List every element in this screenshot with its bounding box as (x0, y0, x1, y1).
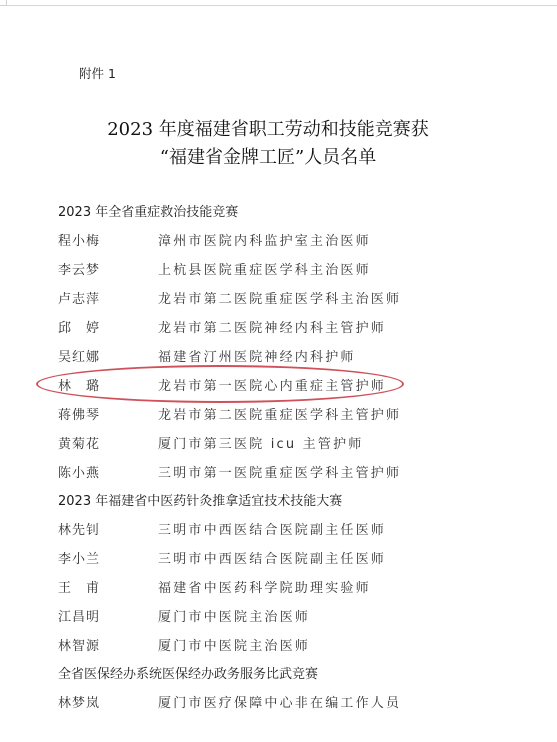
person-organization: 厦门市中医院主治医师 (158, 606, 310, 625)
person-name: 李小兰 (58, 548, 138, 567)
person-name: 程小梅 (58, 230, 138, 249)
person-organization: 三明市中西医结合医院副主任医师 (158, 548, 386, 567)
person-name: 林梦岚 (58, 692, 138, 711)
page-top-edge (6, 5, 557, 6)
person-organization: 龙岩市第二医院重症医学科主管护师 (158, 404, 401, 423)
person-name: 陈小燕 (58, 462, 138, 481)
person-name: 李云梦 (58, 259, 138, 278)
person-organization: 龙岩市第二医院重症医学科主治医师 (158, 288, 401, 307)
person-name: 江昌明 (58, 606, 138, 625)
person-organization: 福建省汀州医院神经内科护师 (158, 346, 356, 365)
person-name: 林智源 (58, 635, 138, 654)
attachment-label: 附件 1 (79, 64, 116, 82)
person-name: 林先钊 (58, 519, 138, 538)
person-name: 王 甫 (58, 577, 138, 596)
person-organization: 龙岩市第二医院神经内科主管护师 (158, 317, 386, 336)
person-organization: 厦门市医疗保障中心非在编工作人员 (158, 692, 401, 711)
highlight-ellipse-annotation (36, 365, 404, 403)
section-heading: 2023 年全省重症救治技能竞赛 (58, 201, 238, 220)
person-organization: 上杭县医院重症医学科主治医师 (158, 259, 371, 278)
section-heading: 2023 年福建省中医药针灸推拿适宜技术技能大赛 (58, 490, 342, 509)
person-name: 卢志萍 (58, 288, 138, 307)
person-organization: 漳州市医院内科监护室主治医师 (158, 230, 371, 249)
document-title-line1: 2023 年度福建省职工劳动和技能竞赛获 (28, 115, 508, 141)
person-organization: 三明市第一医院重症医学科主管护师 (158, 462, 401, 481)
person-organization: 福建省中医药科学院助理实验师 (158, 577, 371, 596)
section-heading: 全省医保经办系统医保经办政务服务比武竞赛 (58, 663, 318, 682)
document-title-line2: “福建省金牌工匠”人员名单 (28, 143, 508, 169)
person-name: 黄菊花 (58, 433, 138, 452)
person-name: 蒋佛琴 (58, 404, 138, 423)
person-name: 邱 婷 (58, 317, 138, 336)
person-organization: 厦门市第三医院 icu 主管护师 (158, 433, 363, 452)
person-organization: 三明市中西医结合医院副主任医师 (158, 519, 386, 538)
person-organization: 厦门市中医院主治医师 (158, 635, 310, 654)
person-name: 吴红娜 (58, 346, 138, 365)
